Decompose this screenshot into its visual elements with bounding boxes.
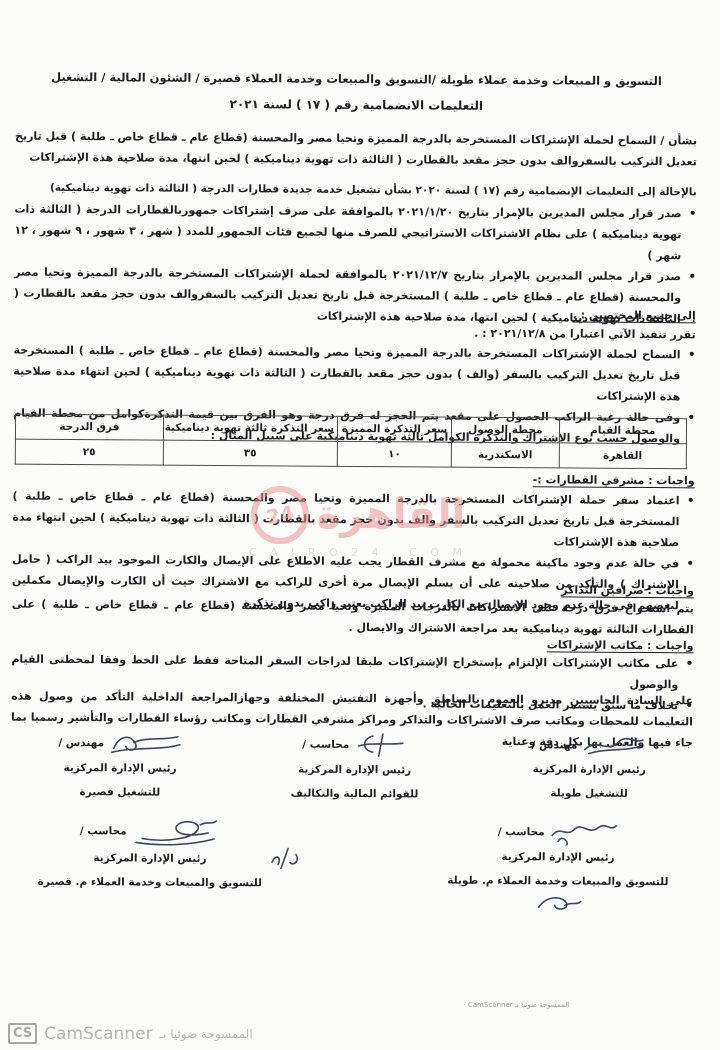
cell-third-price: ٣٥ — [163, 440, 338, 466]
camscanner-arabic-label: الممسوحة ضوئيا بـ — [160, 1027, 253, 1041]
list-item: •السماح لحملة الإشتراكات المستخرجة بالدر… — [13, 340, 695, 408]
signatory-department: للتشغيل قصيرة — [14, 780, 225, 805]
signature-block-operations-long: مهندس / رئيس الإدارة المركزية للتشغيل طو… — [484, 733, 695, 808]
signatory-prefix: محاسب / — [80, 819, 127, 843]
col-third-class-price: سعر التذكرة ثالثة تهوية ديناميكية — [163, 415, 338, 441]
decision-text: صدر قرار مجلس المديرين بالإمرار بتاريخ ٢… — [14, 199, 681, 267]
cell-arrival: الاسكندرية — [451, 442, 559, 468]
bullet-icon: • — [687, 344, 695, 407]
signature-block-marketing-long: محاسب / رئيس الإدارة المركزية للتسويق وا… — [422, 818, 695, 923]
signature-row-2: محاسب / رئيس الإدارة المركزية للتسويق وا… — [14, 816, 695, 924]
signature-block-financial-statements: محاسب / رئيس الإدارة المركزية للقوائم ال… — [249, 731, 460, 806]
col-class-difference: فرق الدرجة — [15, 414, 163, 440]
camscanner-cs-icon: CS — [8, 1023, 37, 1044]
signature-scribble — [108, 730, 182, 757]
signature-scribble — [353, 732, 407, 758]
bullet-icon: • — [687, 407, 695, 449]
cell-difference: ٢٥ — [15, 439, 163, 465]
signatory-prefix: مهندس / — [58, 731, 104, 755]
col-departure-station: محطة القيام — [559, 418, 687, 444]
bullet-icon: • — [688, 203, 696, 266]
signatory-prefix: محاسب / — [498, 820, 545, 844]
list-item: •اعتماد سفر حملة الإشتراكات المستخرجة با… — [12, 486, 694, 554]
signature-scribble — [131, 816, 221, 847]
scanned-document-page: التسويق و المبيعات وخدمة عملاء طويلة /ال… — [0, 0, 720, 1050]
signature-block-operations-short: مهندس / رئيس الإدارة المركزية للتشغيل قص… — [14, 730, 225, 805]
signatory-department: للتشغيل طويلة — [484, 781, 695, 806]
signature-block-marketing-short: محاسب / رئيس الإدارة المركزية للتسويق وا… — [14, 816, 287, 921]
subject-paragraph: بشأن / السماح لحملة الإشتراكات المستخرجة… — [15, 126, 697, 173]
cell-premium-price: ١٠ — [337, 441, 451, 467]
bullet-icon: • — [686, 490, 694, 553]
signatory-title: رئيس الإدارة المركزية — [422, 844, 694, 870]
handwritten-mark — [264, 844, 304, 872]
camscanner-small-note: الممسوحة ضوئيا بـ CamScanner — [468, 1001, 569, 1009]
signatory-title: رئيس الإدارة المركزية — [249, 757, 460, 782]
fare-table: محطة القيام محطة الوصول سعر التذكرة المم… — [15, 414, 687, 470]
header-line-1: التسويق و المبيعات وخدمة عملاء طويلة /ال… — [15, 70, 697, 89]
header-line-2: التعليمات الانضمامية رقم ( ١٧ ) لسنة ٢٠٢… — [15, 96, 697, 115]
list-item: •صدر قرار مجلس المديرين بالإمرار بتاريخ … — [14, 199, 696, 267]
col-premium-ticket-price: سعر التذكرة المميزة — [338, 416, 452, 442]
signatory-title: رئيس الإدارة المركزية — [14, 846, 286, 872]
signatory-prefix: مهندس / — [531, 733, 577, 757]
signatory-department: للتسويق والمبيعات وخدمة العملاء م. قصيرة — [14, 870, 286, 896]
document-content: التسويق و المبيعات وخدمة عملاء طويلة /ال… — [0, 0, 720, 3]
signature-scribble — [533, 893, 583, 913]
signature-scribble — [549, 819, 619, 845]
signature-scribble — [581, 734, 647, 758]
signature-row-1: مهندس / رئيس الإدارة المركزية للتشغيل طو… — [14, 730, 695, 809]
bullet-icon: • — [685, 653, 693, 695]
fare-table-wrap: محطة القيام محطة الوصول سعر التذكرة المم… — [15, 414, 687, 470]
signatory-title: رئيس الإدارة المركزية — [15, 756, 226, 781]
allow-text: السماح لحملة الإشتراكات المستخرجة بالدرج… — [13, 340, 680, 408]
signatory-department: للتسويق والمبيعات وخدمة العملاء م. طويلة — [422, 868, 694, 894]
camscanner-footer: CS CamScanner الممسوحة ضوئيا بـ — [8, 1023, 253, 1044]
signatory-prefix: محاسب / — [302, 733, 349, 757]
table-row: القاهرة الاسكندرية ١٠ ٣٥ ٢٥ — [15, 439, 686, 469]
camscanner-brand: CamScanner — [44, 1024, 152, 1044]
signatory-department: للقوائم المالية والتكاليف — [249, 781, 460, 806]
col-arrival-station: محطة الوصول — [452, 417, 560, 443]
cell-departure: القاهرة — [559, 443, 687, 469]
signatory-title: رئيس الإدارة المركزية — [484, 757, 695, 782]
supervisor-duty-text: اعتماد سفر حملة الإشتراكات المستخرجة بال… — [12, 486, 679, 554]
